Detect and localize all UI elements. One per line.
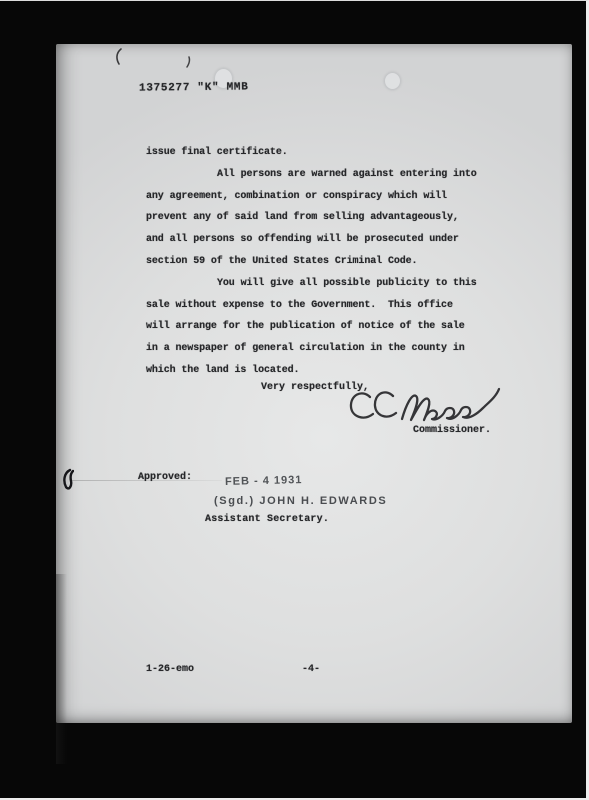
approval-signed-line: (Sgd.) JOHN H. EDWARDS: [214, 495, 387, 507]
document-page: 1375277 "K" MMB issue final certificate.…: [56, 44, 572, 723]
body-line: and all persons so offending will be pro…: [146, 229, 526, 251]
scan-frame: 1375277 "K" MMB issue final certificate.…: [0, 0, 589, 800]
body-line: You will give all possible publicity to …: [146, 273, 526, 295]
body-line: issue final certificate.: [146, 142, 526, 164]
body-text: issue final certificate. All persons are…: [146, 142, 526, 382]
typist-code: 1-26-emo: [146, 664, 194, 675]
approved-label: Approved:: [138, 472, 192, 483]
pen-mark-right: [185, 56, 193, 68]
body-line: will arrange for the publication of noti…: [146, 316, 526, 338]
body-line: any agreement, combination or conspiracy…: [146, 186, 526, 208]
page-edge-shadow: [56, 574, 67, 764]
body-line: sale without expense to the Government. …: [146, 295, 526, 317]
approval-date-stamp: FEB - 4 1931: [225, 474, 303, 488]
body-line: which the land is located.: [146, 360, 526, 382]
page-number: -4-: [302, 664, 320, 675]
body-line: prevent any of said land from selling ad…: [146, 207, 526, 229]
pen-mark-left: [114, 48, 124, 65]
signature-title: Commissioner.: [413, 425, 491, 436]
body-line: in a newspaper of general circulation in…: [146, 338, 526, 360]
body-line: All persons are warned against entering …: [146, 164, 526, 186]
file-number: 1375277 "K" MMB: [139, 81, 249, 94]
body-line: section 59 of the United States Criminal…: [146, 251, 526, 273]
stain-ring: [384, 72, 401, 90]
approval-signer-title: Assistant Secretary.: [205, 514, 329, 525]
